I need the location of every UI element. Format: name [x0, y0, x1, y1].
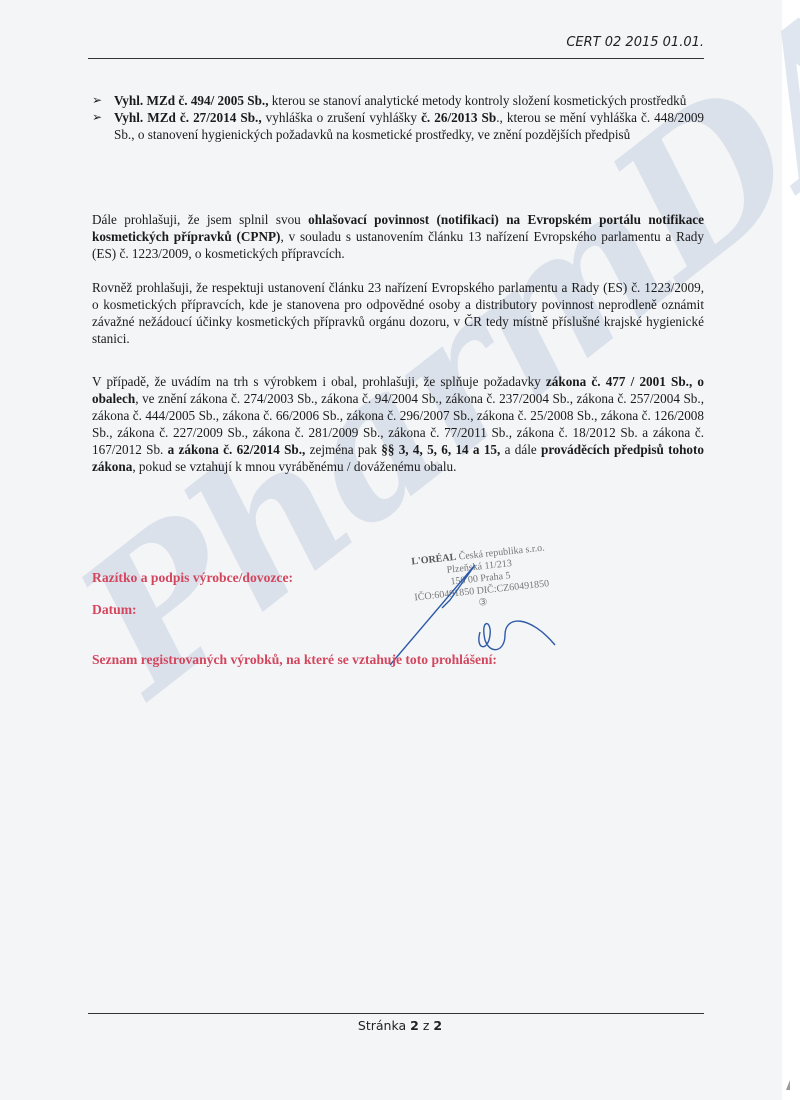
list-item: ➢ Vyhl. MZd č. 27/2014 Sb., vyhláška o z…: [92, 109, 704, 143]
text: , pokud se vztahují k mnou vyráběnému / …: [132, 459, 456, 474]
text: a dále: [500, 442, 541, 457]
current-page: 2: [410, 1018, 419, 1033]
arrow-bullet-icon: ➢: [92, 92, 102, 109]
header-divider: [88, 58, 704, 59]
regulation-ref: Vyhl. MZd č. 27/2014 Sb.,: [114, 110, 262, 125]
regulation-ref: č. 26/2013 Sb: [421, 110, 496, 125]
registered-products-title: Seznam registrovaných výrobků, na které …: [92, 652, 497, 668]
total-pages: 2: [433, 1018, 442, 1033]
page-edge: [782, 0, 800, 1100]
paragraph-article-23: Rovněž prohlašuji, že respektuji ustanov…: [92, 279, 704, 347]
page-label: Stránka: [358, 1018, 410, 1033]
paragraph-packaging: V případě, že uvádím na trh s výrobkem i…: [92, 373, 704, 475]
list-item: ➢ Vyhl. MZd č. 494/ 2005 Sb., kterou se …: [92, 92, 704, 109]
arrow-bullet-icon: ➢: [92, 109, 102, 126]
text-bold: a zákona č. 62/2014 Sb.,: [168, 442, 306, 457]
document-body: ➢ Vyhl. MZd č. 494/ 2005 Sb., kterou se …: [92, 92, 704, 475]
stamp-signature-label: Razítko a podpis výrobce/dovozce:: [92, 570, 293, 586]
document-code: CERT 02 2015 01.01.: [566, 35, 704, 50]
text: V případě, že uvádím na trh s výrobkem i…: [92, 374, 546, 389]
paragraph-cpnp: Dále prohlašuji, že jsem splnil svou ohl…: [92, 211, 704, 262]
text-bold: §§ 3, 4, 5, 6, 14 a 15,: [381, 442, 500, 457]
regulation-desc: kterou se stanoví analytické metody kont…: [269, 93, 687, 108]
regulation-list: ➢ Vyhl. MZd č. 494/ 2005 Sb., kterou se …: [92, 92, 704, 143]
regulation-ref: Vyhl. MZd č. 494/ 2005 Sb.,: [114, 93, 269, 108]
scan-artifact: [786, 1080, 790, 1090]
text: zejména pak: [305, 442, 381, 457]
regulation-desc: vyhláška o zrušení vyhlášky: [262, 110, 421, 125]
date-label: Datum:: [92, 602, 137, 618]
page-sep: z: [419, 1018, 434, 1033]
page-number: Stránka 2 z 2: [0, 1018, 800, 1033]
footer-divider: [88, 1013, 704, 1014]
text: Dále prohlašuji, že jsem splnil svou: [92, 212, 308, 227]
